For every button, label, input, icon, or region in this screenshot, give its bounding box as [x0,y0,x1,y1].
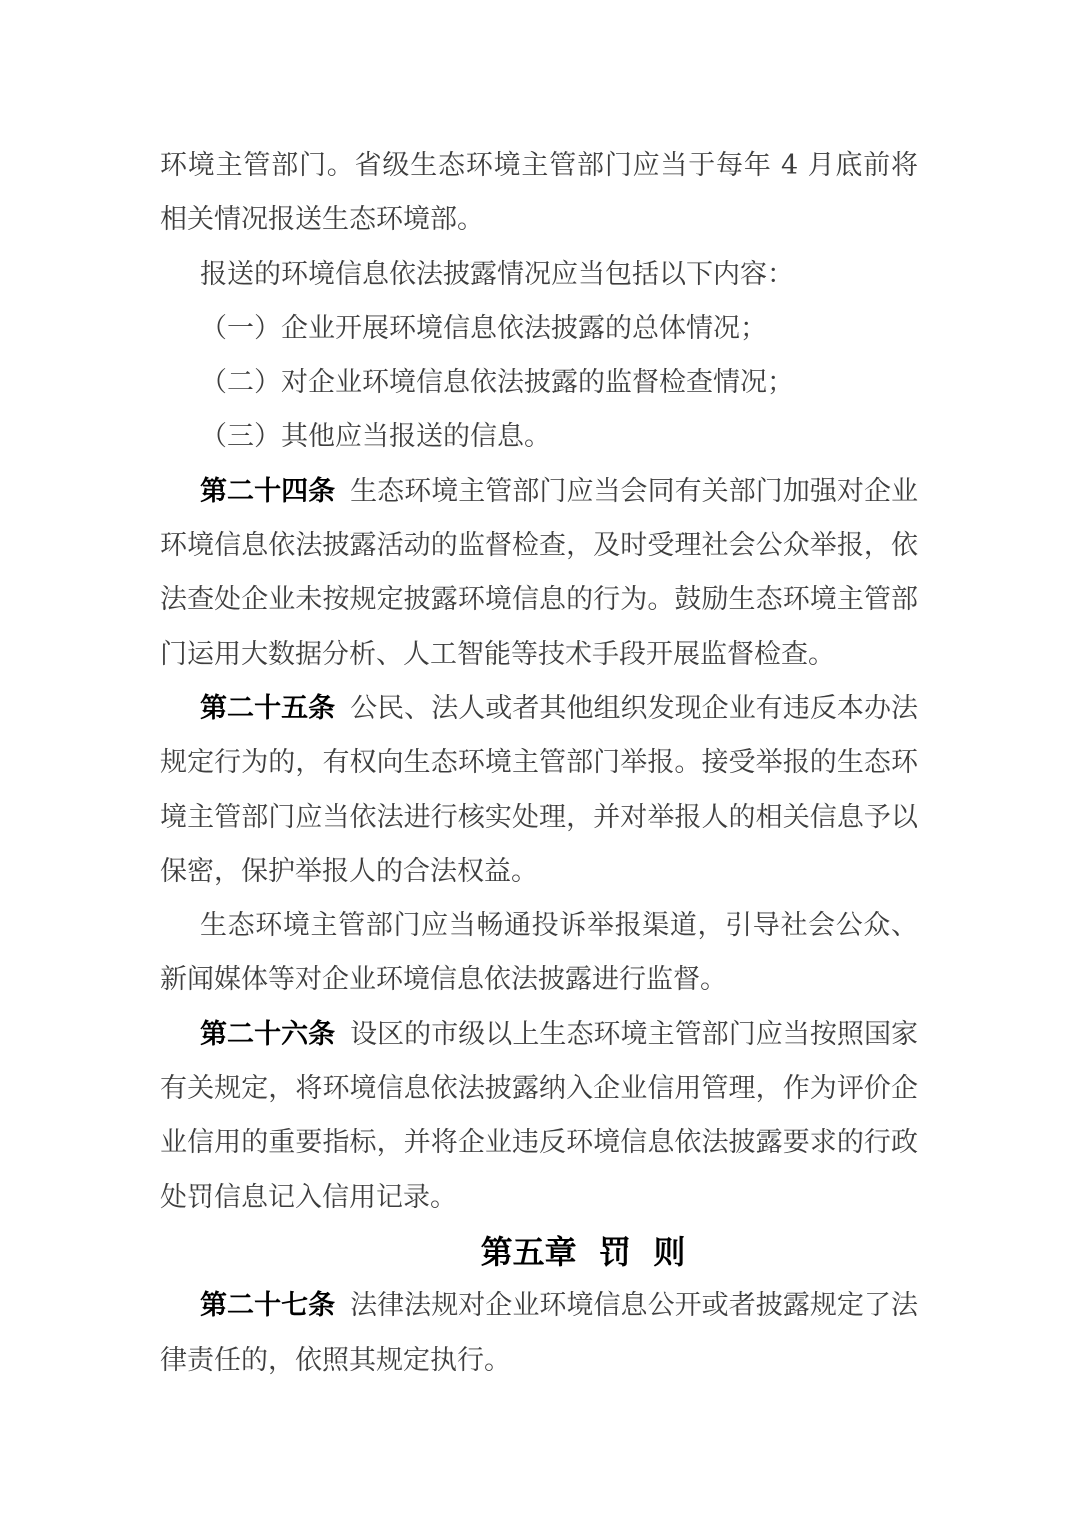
article-paragraph: 第二十七条法律法规对企业环境信息公开或者披露规定了法律责任的，依照其规定执行。 [160,1279,918,1388]
body-paragraph: （二）对企业环境信息依法披露的监督检查情况； [160,356,918,410]
article-number: 第二十四条 [200,476,335,507]
article-paragraph: 第二十四条生态环境主管部门应当会同有关部门加强对企业环境信息依法披露活动的监督检… [160,465,918,682]
article-paragraph: 第二十五条公民、法人或者其他组织发现企业有违反本办法规定行为的，有权向生态环境主… [160,682,918,899]
chapter-heading: 第五章 罚 则 [160,1225,918,1279]
body-paragraph: 报送的环境信息依法披露情况应当包括以下内容： [160,248,918,302]
article-number: 第二十六条 [200,1019,335,1050]
body-paragraph: （三）其他应当报送的信息。 [160,410,918,464]
article-paragraph: 第二十六条设区的市级以上生态环境主管部门应当按照国家有关规定，将环境信息依法披露… [160,1008,918,1225]
article-number: 第二十七条 [200,1290,335,1321]
paragraph-text: （二）对企业环境信息依法披露的监督检查情况； [200,367,794,398]
paragraph-text: 环境主管部门。省级生态环境主管部门应当于每年 4 月底前将相关情况报送生态环境部… [160,150,918,235]
paragraph-text: 报送的环境信息依法披露情况应当包括以下内容： [200,259,794,290]
body-paragraph: 环境主管部门。省级生态环境主管部门应当于每年 4 月底前将相关情况报送生态环境部… [160,139,918,248]
document-body: 环境主管部门。省级生态环境主管部门应当于每年 4 月底前将相关情况报送生态环境部… [160,139,918,1388]
body-paragraph: （一）企业开展环境信息依法披露的总体情况； [160,302,918,356]
document-page: 环境主管部门。省级生态环境主管部门应当于每年 4 月底前将相关情况报送生态环境部… [0,0,1074,1520]
body-paragraph: 生态环境主管部门应当畅通投诉举报渠道，引导社会公众、新闻媒体等对企业环境信息依法… [160,899,918,1008]
paragraph-text: （一）企业开展环境信息依法披露的总体情况； [200,313,767,344]
paragraph-text: （三）其他应当报送的信息。 [200,421,551,452]
paragraph-text: 生态环境主管部门应当畅通投诉举报渠道，引导社会公众、新闻媒体等对企业环境信息依法… [160,910,918,995]
article-number: 第二十五条 [200,693,335,724]
